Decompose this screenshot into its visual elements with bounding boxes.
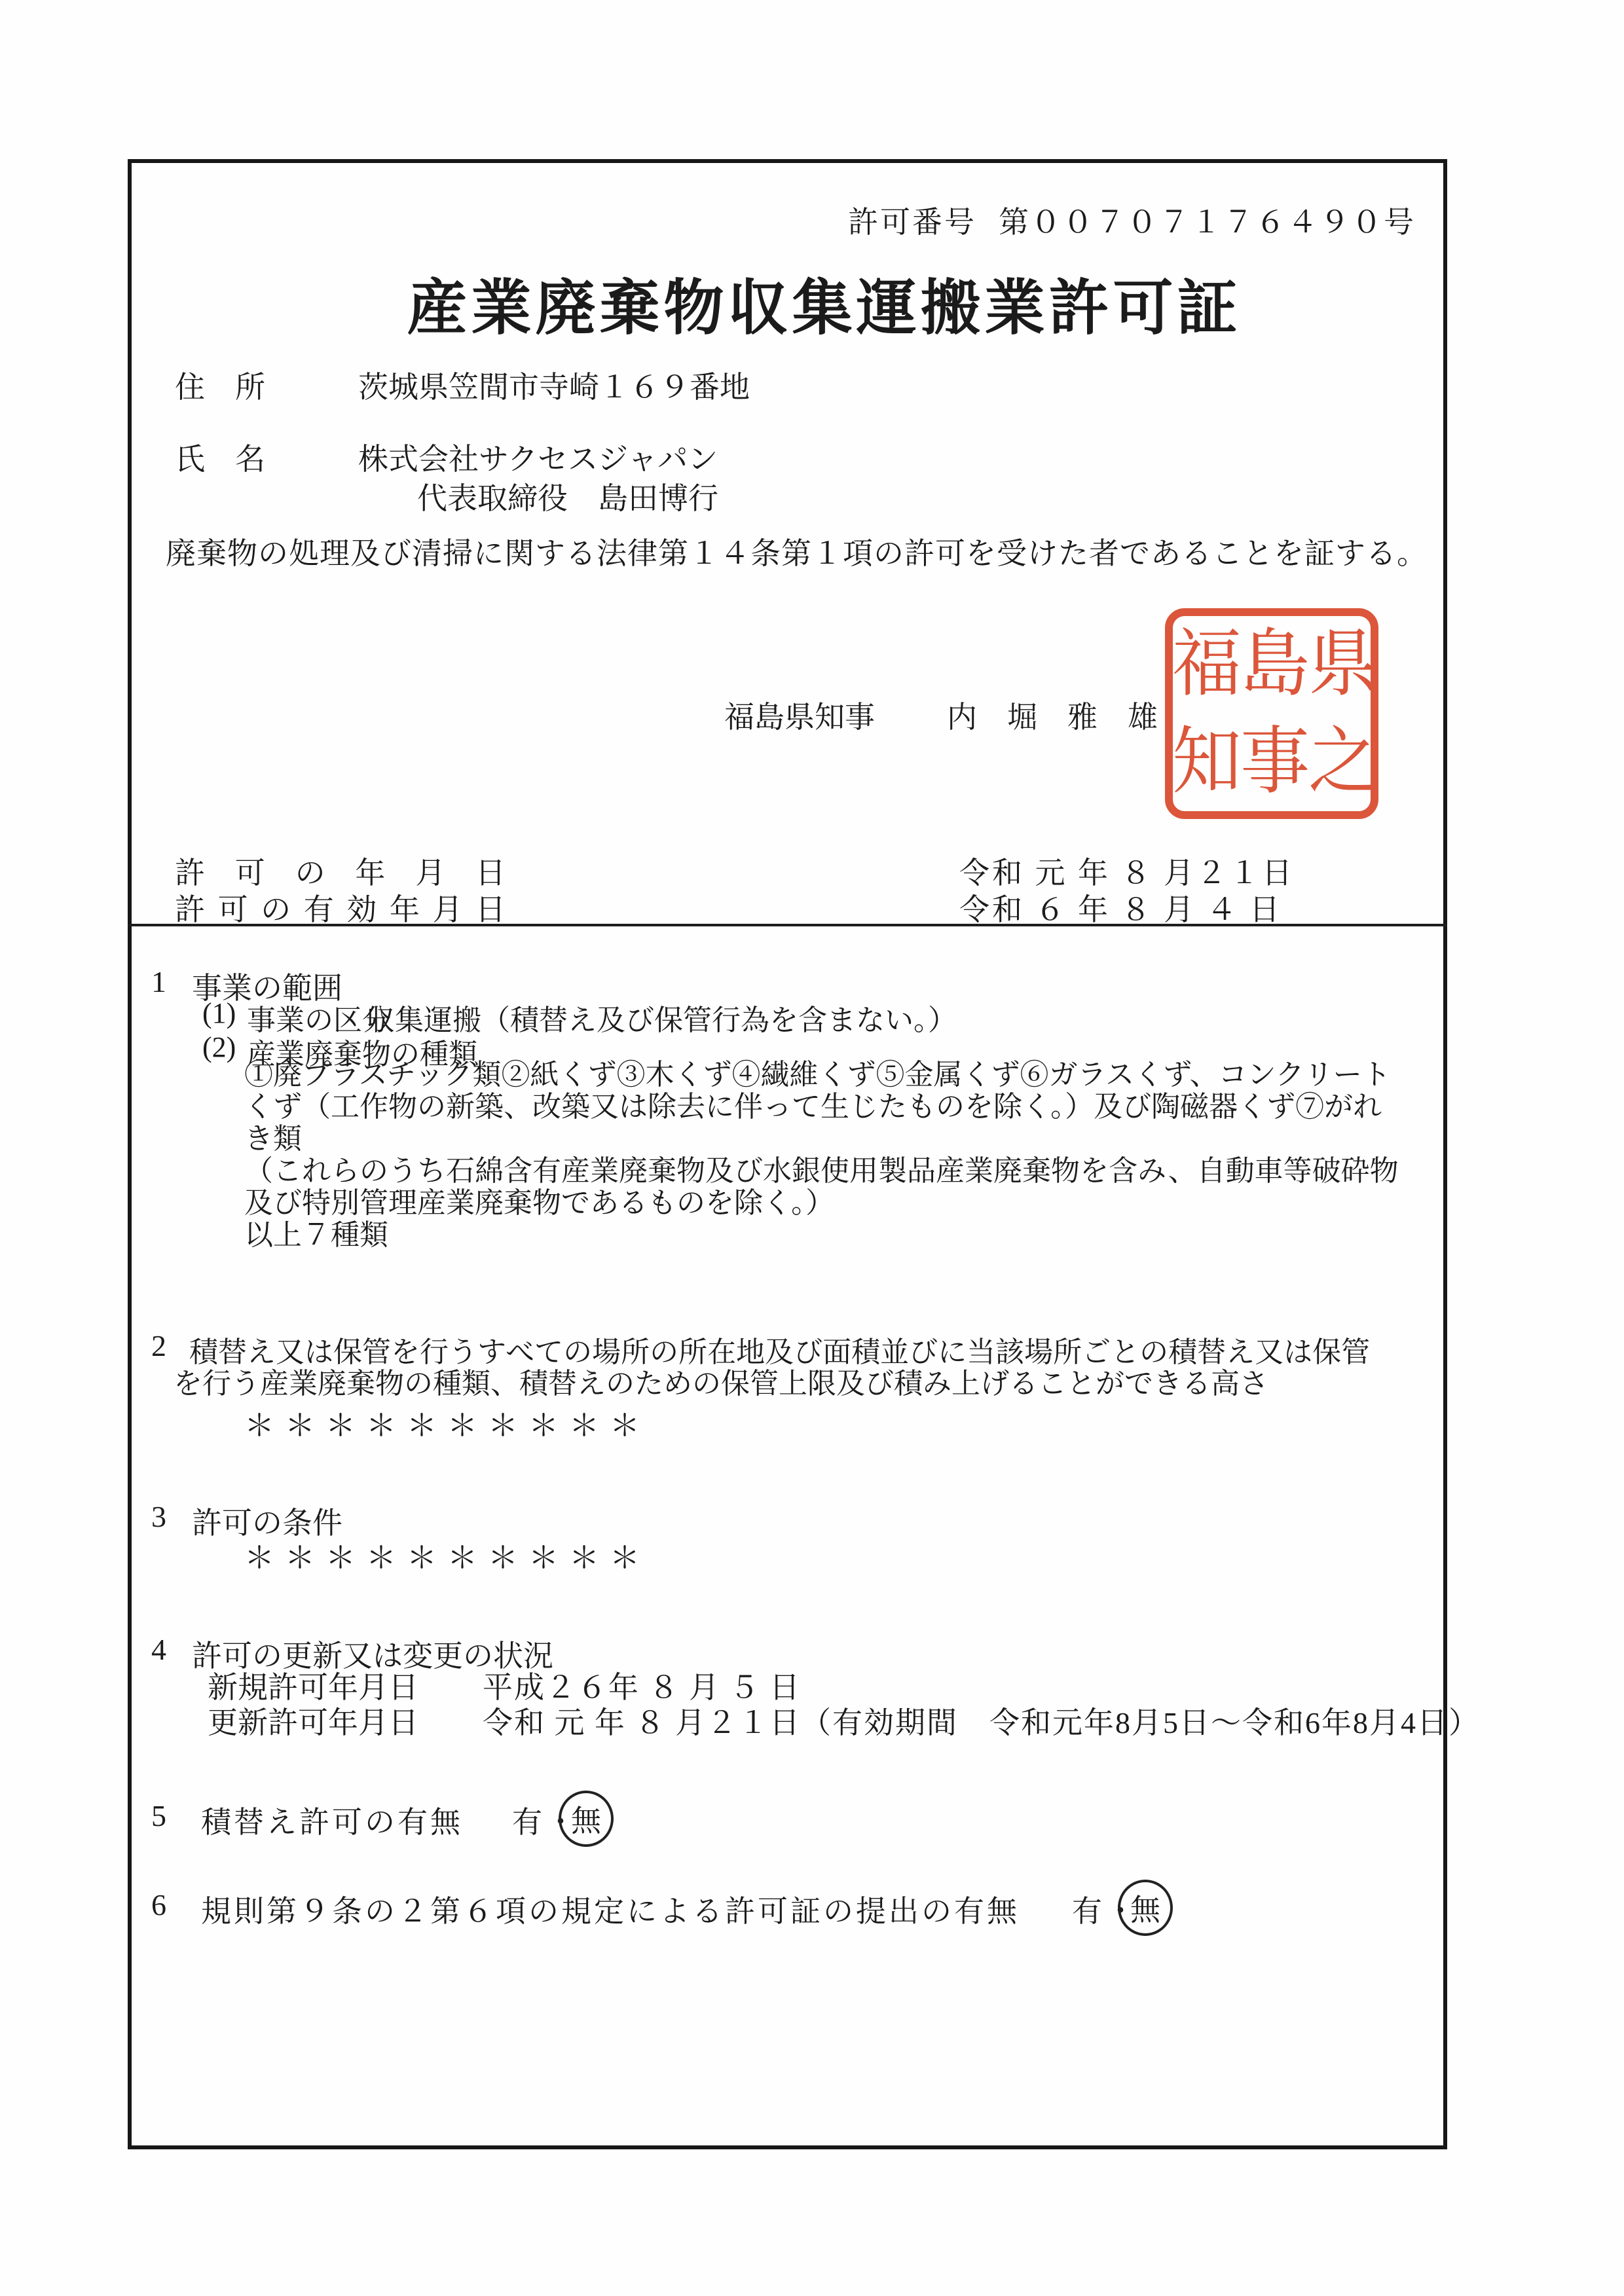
section5-number: 5 <box>151 1798 166 1833</box>
permit-number-label: 許可番号 <box>848 206 976 239</box>
seal-char: 島 <box>1240 628 1310 701</box>
company-name: 株式会社サクセスジャパン <box>358 435 718 479</box>
section1-sub1-label: (1) <box>202 996 236 1030</box>
section1-waste-type-details: ①廃プラスチック類②紙くず③木くず④繊維くず⑤金属くず⑥ガラスくず、コンクリート… <box>244 1059 1399 1251</box>
section5-heading: 積替え許可の有無 <box>201 1798 463 1842</box>
section5-option-no-circled: 無 <box>559 1798 614 1855</box>
section3-value: ＊＊＊＊＊＊＊＊＊＊ <box>244 1534 650 1577</box>
governor-red-seal: 福 島 県 知 事 之 <box>1165 608 1378 819</box>
section5-option-yes: 有 <box>512 1798 542 1842</box>
section-divider-line <box>128 924 1447 926</box>
permit-number-value: 第００７０７１７６４９０号 <box>999 206 1416 239</box>
address-label: 住 所 <box>175 363 265 407</box>
governor-name: 内 堀 雅 雄 <box>947 693 1158 737</box>
section3-number: 3 <box>151 1499 166 1534</box>
valid-date-label: 許可の有効年月日 <box>175 886 506 929</box>
circled-no-mark: 無 <box>559 1791 614 1847</box>
seal-char: 知 <box>1172 725 1242 799</box>
certification-statement: 廃棄物の処理及び清掃に関する法律第１４条第１項の許可を受けた者であることを証する… <box>166 530 1428 573</box>
valid-date-value: 令和 ６ 年 ８ 月 ４ 日 <box>959 886 1282 929</box>
section6-heading: 規則第９条の２第６項の規定による許可証の提出の有無 <box>201 1887 1020 1931</box>
permit-document-page: 許可番号第００７０７１７６４９０号 産業廃棄物収集運搬業許可証 住 所 茨城県笠… <box>0 0 1624 2296</box>
circled-no-mark: 無 <box>1118 1880 1173 1936</box>
detail-line: ①廃プラスチック類②紙くず③木くず④繊維くず⑤金属くず⑥ガラスくず、コンクリート <box>244 1059 1399 1091</box>
detail-line: 及び特別管理産業廃棄物であるものを除く。） <box>244 1187 1399 1219</box>
address-value: 茨城県笠間市寺崎１６９番地 <box>358 363 750 407</box>
section4-row2-value: 令和 元 年 ８ 月２１日（有効期間 令和元年8月5日～令和6年8月4日） <box>483 1699 1480 1742</box>
section2-number: 2 <box>151 1328 166 1363</box>
detail-line: くず（工作物の新築、改築又は除去に伴って生じたものを除く。）及び陶磁器くず⑦がれ <box>244 1091 1399 1123</box>
representative-name: 代表取締役 島田博行 <box>417 475 718 518</box>
seal-char: 県 <box>1308 628 1378 701</box>
section4-number: 4 <box>151 1632 166 1667</box>
issuer-office: 福島県知事 <box>724 693 875 737</box>
document-border-frame: 許可番号第００７０７１７６４９０号 産業廃棄物収集運搬業許可証 住 所 茨城県笠… <box>128 159 1447 2149</box>
permit-number-line: 許可番号第００７０７１７６４９０号 <box>848 198 1416 242</box>
seal-char: 事 <box>1240 725 1310 799</box>
detail-line: き類 <box>244 1123 1399 1155</box>
seal-char: 福 <box>1172 628 1242 701</box>
section1-sub2-label: (2) <box>202 1030 236 1064</box>
detail-line: 以上７種類 <box>244 1219 1399 1251</box>
section1-number: 1 <box>151 964 166 999</box>
name-label: 氏 名 <box>175 435 265 479</box>
section4-row2-label: 更新許可年月日 <box>208 1699 418 1742</box>
section6-option-no-circled: 無 <box>1118 1887 1173 1944</box>
document-title: 産業廃棄物収集運搬業許可証 <box>132 260 1443 346</box>
seal-char: 之 <box>1308 725 1378 799</box>
section2-line2: を行う産業廃棄物の種類、積替えのための保管上限及び積み上げることができる高さ <box>174 1360 1268 1402</box>
section6-option-yes: 有 <box>1072 1887 1102 1931</box>
section2-value: ＊＊＊＊＊＊＊＊＊＊ <box>244 1402 650 1445</box>
detail-line: （これらのうち石綿含有産業廃棄物及び水銀使用製品産業廃棄物を含み、自動車等破砕物 <box>244 1155 1399 1187</box>
section6-number: 6 <box>151 1887 166 1922</box>
